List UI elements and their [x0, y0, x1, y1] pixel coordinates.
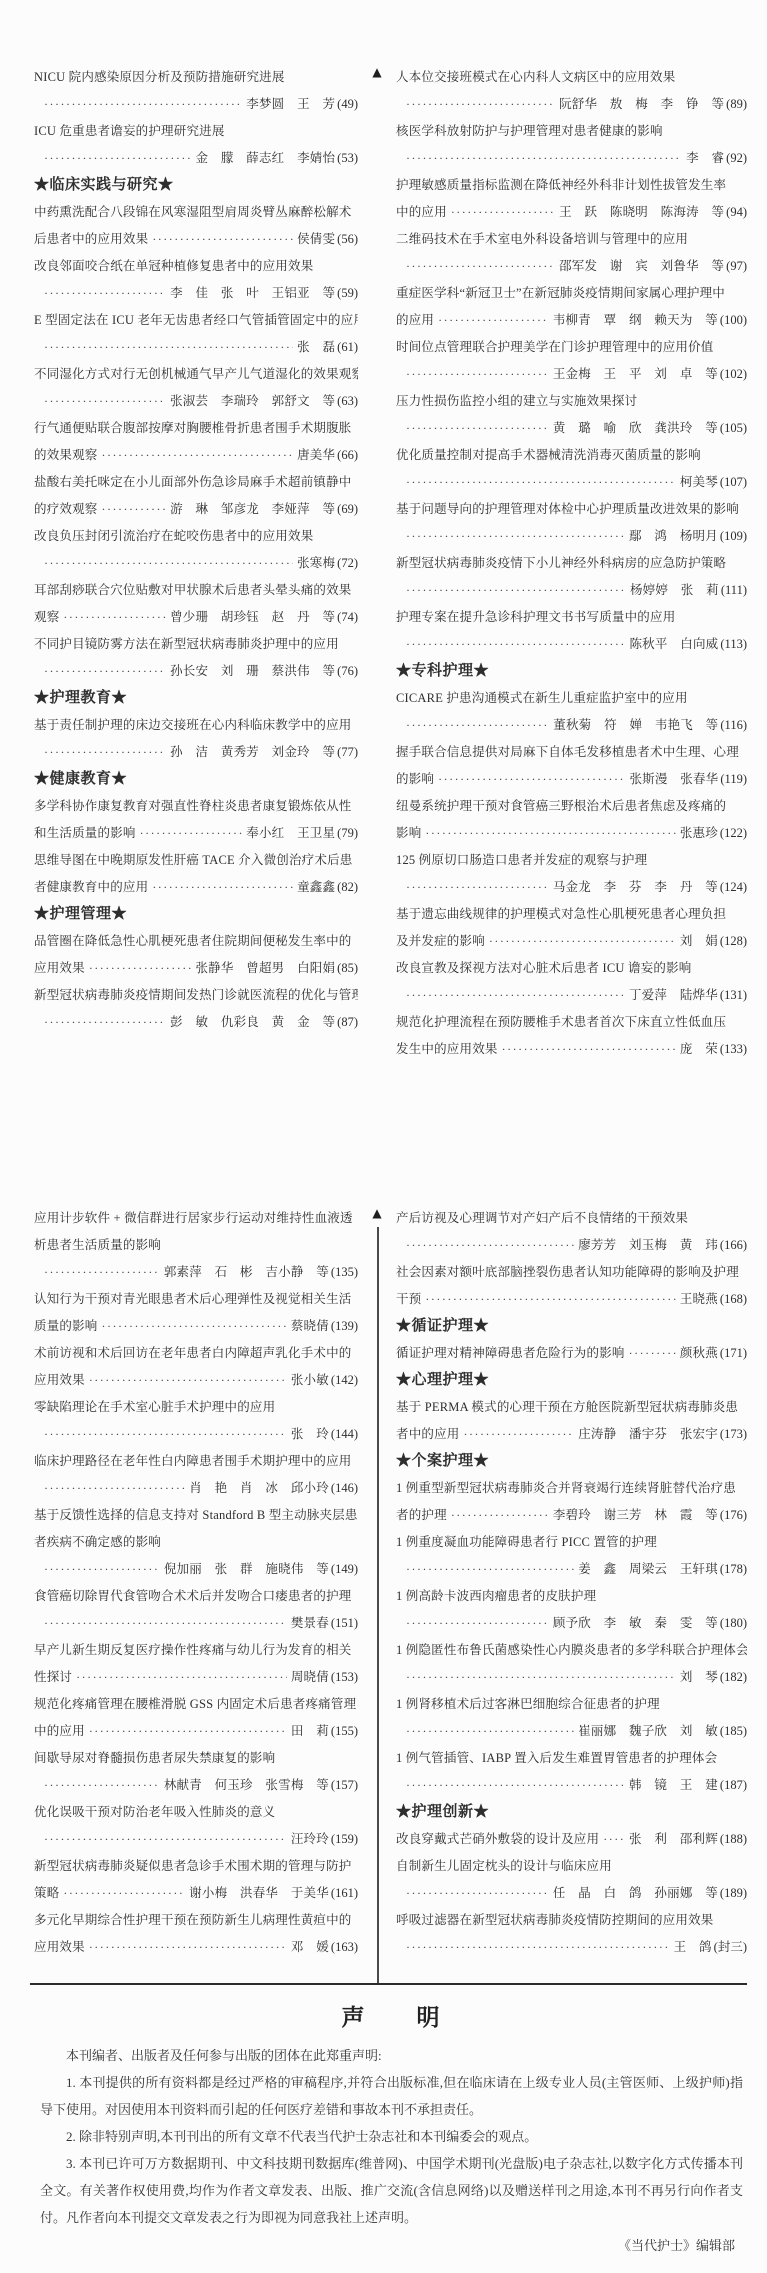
toc-title-line: 新型冠状病毒肺炎疑似患者急诊手术围术期的管理与防护 — [34, 1853, 358, 1880]
triangle-marker-icon: ▲ — [372, 66, 381, 78]
toc-author-line: 者的护理李碧玲 谢三芳 林 霞 等(176) — [396, 1502, 747, 1529]
statement-signature: 《当代护士》编辑部 — [40, 2232, 743, 2259]
toc-authors: 庞 荣 — [680, 1036, 718, 1063]
dot-leader — [89, 1367, 287, 1394]
toc-section-header: ★个案护理★ — [396, 1448, 747, 1475]
toc-authors: 金 朦 薛志红 李婧怡 — [195, 145, 335, 172]
toc-author-line: 应用效果张小敏(142) — [34, 1367, 358, 1394]
dot-leader — [489, 928, 676, 955]
horizontal-rule — [30, 1983, 747, 1985]
toc-authors: 邵军发 谢 宾 刘鲁华 等 — [559, 253, 724, 280]
toc-page-number: (173) — [720, 1421, 747, 1448]
toc-authors: 田 莉 — [291, 1718, 329, 1745]
toc-authors: 张静华 曾超男 白阳娟 — [195, 955, 335, 982]
toc-bottom-left-column: 应用计步软件 + 微信群进行居家步行运动对维持性血液透析患者生活质量的影响郭素萍… — [34, 1205, 358, 1961]
dot-leader — [406, 415, 549, 442]
toc-author-line: 任 晶 白 鸽 孙丽娜 等(189) — [396, 1880, 747, 1907]
toc-author-line: 丁爱萍 陆烨华(131) — [396, 982, 747, 1009]
toc-author-line: 应用效果张静华 曾超男 白阳娟(85) — [34, 955, 358, 982]
dot-leader — [406, 1772, 625, 1799]
toc-page-number: (76) — [337, 658, 358, 685]
toc-author-line: 策略谢小梅 洪春华 于美华(161) — [34, 1880, 358, 1907]
dot-leader — [406, 1934, 670, 1961]
toc-page-number: (109) — [720, 523, 747, 550]
dot-leader — [502, 1036, 676, 1063]
toc-author-line: 姜 鑫 周梁云 王轩琪(178) — [396, 1556, 747, 1583]
toc-page-number: (188) — [720, 1826, 747, 1853]
dot-leader — [464, 1421, 575, 1448]
toc-authors: 黄 璐 喻 欣 龚洪玲 等 — [553, 415, 718, 442]
toc-title-line: 品管圈在降低急性心肌梗死患者住院期间便秘发生率中的 — [34, 928, 358, 955]
toc-title-line: E 型固定法在 ICU 老年无齿患者经口气管插管固定中的应用 — [34, 307, 358, 334]
toc-author-line: 中的应用田 莉(155) — [34, 1718, 358, 1745]
toc-title-line: 改良邻面咬合纸在单冠种植修复患者中的应用效果 — [34, 253, 358, 280]
toc-author-line: 改良穿戴式芒硝外敷袋的设计及应用张 利 邵利辉(188) — [396, 1826, 747, 1853]
toc-title-line: 纽曼系统护理干预对食管癌三野根治术后患者焦虑及疼痛的 — [396, 793, 747, 820]
dot-leader — [44, 1772, 160, 1799]
toc-author-line: 李 睿(92) — [396, 145, 747, 172]
toc-author-line: 张寒梅(72) — [34, 550, 358, 577]
dot-leader — [406, 1880, 549, 1907]
dot-leader — [76, 1664, 287, 1691]
toc-title-fragment: 及并发症的影响 — [396, 928, 485, 955]
toc-authors: 郭素萍 石 彬 吉小静 等 — [164, 1259, 329, 1286]
toc-authors: 李 佳 张 叶 王铝亚 等 — [170, 280, 335, 307]
toc-author-line: 张 玲(144) — [34, 1421, 358, 1448]
toc-title-line: 呼吸过滤器在新型冠状病毒肺炎疫情防控期间的应用效果 — [396, 1907, 747, 1934]
toc-authors: 游 琳 邹彦龙 李娅萍 等 — [170, 496, 335, 523]
toc-authors: 张惠珍 — [680, 820, 718, 847]
dot-leader — [425, 820, 675, 847]
toc-bottom-right-column: 产后访视及心理调节对产妇产后不良情绪的干预效果廖芳芳 刘玉梅 黄 玮(166)社… — [396, 1205, 747, 1961]
toc-title-line: 自制新生儿固定枕头的设计与临床应用 — [396, 1853, 747, 1880]
toc-author-line: 张 磊(61) — [34, 334, 358, 361]
toc-page-number: (180) — [720, 1610, 747, 1637]
toc-page-number: (122) — [720, 820, 747, 847]
toc-authors: 王晓燕 — [680, 1286, 718, 1313]
toc-title-fragment: 的应用 — [396, 307, 434, 334]
toc-title-line: 思维导图在中晚期原发性肝癌 TACE 介入微创治疗术后患 — [34, 847, 358, 874]
toc-title-line: 盐酸右美托咪定在小儿面部外伤急诊局麻手术超前镇静中 — [34, 469, 358, 496]
toc-authors: 奉小红 王卫星 — [246, 820, 335, 847]
toc-page-number: (74) — [337, 604, 358, 631]
toc-title-line: 规范化护理流程在预防腰椎手术患者首次下床直立性低血压 — [396, 1009, 747, 1036]
toc-author-line: 阮舒华 敖 梅 李 铮 等(89) — [396, 91, 747, 118]
dot-leader — [406, 145, 682, 172]
toc-page-number: (107) — [720, 469, 747, 496]
toc-title-line: NICU 院内感染原因分析及预防措施研究进展 — [34, 64, 358, 91]
toc-author-line: 彭 敏 仇彩良 黄 金 等(87) — [34, 1009, 358, 1036]
toc-authors: 孙 洁 黄秀芳 刘金玲 等 — [170, 739, 335, 766]
toc-page-number: (61) — [337, 334, 358, 361]
toc-title-fragment: 和生活质量的影响 — [34, 820, 136, 847]
toc-title-line: 基于责任制护理的床边交接班在心内科临床教学中的应用 — [34, 712, 358, 739]
toc-title-line: 行气通便贴联合腹部按摩对胸腰椎骨折患者围手术期腹胀 — [34, 415, 358, 442]
toc-title-line: 1 例肾移植术后过客淋巴细胞综合征患者的护理 — [396, 1691, 747, 1718]
toc-authors: 侯倩雯 — [297, 226, 335, 253]
toc-title-line: ICU 危重患者谵妄的护理研究进展 — [34, 118, 358, 145]
toc-page-number: (封三) — [714, 1934, 747, 1961]
toc-author-line: 发生中的应用效果庞 荣(133) — [396, 1036, 747, 1063]
toc-title-line: 规范化疼痛管理在腰椎滑脱 GSS 内固定术后患者疼痛管理 — [34, 1691, 358, 1718]
toc-title-line: 优化误吸干预对防治老年吸入性肺炎的意义 — [34, 1799, 358, 1826]
toc-authors: 韦柳青 覃 纲 赖天为 等 — [553, 307, 718, 334]
toc-section-header: ★专科护理★ — [396, 658, 747, 685]
toc-authors: 谢小梅 洪春华 于美华 — [189, 1880, 329, 1907]
dot-leader — [102, 442, 294, 469]
toc-page-number: (119) — [720, 766, 747, 793]
toc-title-line: 早产儿新生期反复医疗操作性疼痛与幼儿行为发育的相关 — [34, 1637, 358, 1664]
toc-page-number: (102) — [720, 361, 747, 388]
toc-authors: 曾少珊 胡珍钰 赵 丹 等 — [170, 604, 335, 631]
statement-title: 声 明 — [40, 1999, 743, 2032]
dot-leader — [406, 91, 555, 118]
dot-leader — [89, 1718, 287, 1745]
toc-title-line: 临床护理路径在老年性白内障患者围手术期护理中的应用 — [34, 1448, 358, 1475]
toc-title-line: 握手联合信息提供对局麻下自体毛发移植患者术中生理、心理 — [396, 739, 747, 766]
toc-authors: 张 玲 — [291, 1421, 329, 1448]
toc-title-line: 1 例重型新型冠状病毒肺炎合并肾衰竭行连续肾脏替代治疗患 — [396, 1475, 747, 1502]
dot-leader — [438, 766, 625, 793]
toc-authors: 廖芳芳 刘玉梅 黄 玮 — [578, 1232, 718, 1259]
toc-author-line: 林献青 何玉珍 张雪梅 等(157) — [34, 1772, 358, 1799]
dot-leader — [44, 1475, 185, 1502]
toc-author-line: 樊景春(151) — [34, 1610, 358, 1637]
toc-title-fragment: 质量的影响 — [34, 1313, 98, 1340]
toc-page-number: (92) — [726, 145, 747, 172]
toc-authors: 蔡晓倩 — [291, 1313, 329, 1340]
toc-page-number: (159) — [331, 1826, 358, 1853]
toc-author-line: 及并发症的影响刘 娟(128) — [396, 928, 747, 955]
toc-title-line: 产后访视及心理调节对产妇产后不良情绪的干预效果 — [396, 1205, 747, 1232]
toc-page-number: (113) — [720, 631, 747, 658]
toc-authors: 张淑芸 李瑞玲 郭舒文 等 — [170, 388, 335, 415]
toc-authors: 张 利 邵利辉 — [629, 1826, 718, 1853]
dot-leader — [44, 1556, 160, 1583]
toc-authors: 邓 媛 — [291, 1934, 329, 1961]
toc-title-line: 新型冠状病毒肺炎疫情下小儿神经外科病房的应急防护策略 — [396, 550, 747, 577]
dot-leader — [406, 361, 549, 388]
toc-author-line: 的疗效观察游 琳 邹彦龙 李娅萍 等(69) — [34, 496, 358, 523]
dot-leader — [102, 1313, 287, 1340]
toc-author-line: 廖芳芳 刘玉梅 黄 玮(166) — [396, 1232, 747, 1259]
toc-page-number: (72) — [337, 550, 358, 577]
dot-leader — [44, 658, 166, 685]
toc-authors: 鄢 鸿 杨明月 — [629, 523, 718, 550]
dot-leader — [451, 199, 555, 226]
toc-page-number: (146) — [331, 1475, 358, 1502]
toc-title-line: 不同护目镜防雾方法在新型冠状病毒肺炎护理中的应用 — [34, 631, 358, 658]
toc-author-line: 王 鸽(封三) — [396, 1934, 747, 1961]
toc-title-line: 时间位点管理联合护理美学在门诊护理管理中的应用价值 — [396, 334, 747, 361]
toc-title-line: 1 例隐匿性布鲁氏菌感染性心内膜炎患者的多学科联合护理体会 — [396, 1637, 747, 1664]
toc-title-line: 社会因素对额叶底部脑挫裂伤患者认知功能障碍的影响及护理 — [396, 1259, 747, 1286]
toc-author-line: 观察曾少珊 胡珍钰 赵 丹 等(74) — [34, 604, 358, 631]
toc-title-fragment: 干预 — [396, 1286, 421, 1313]
dot-leader — [406, 523, 625, 550]
toc-page-number: (157) — [331, 1772, 358, 1799]
toc-title-line: 者疾病不确定感的影响 — [34, 1529, 358, 1556]
toc-section-header: ★健康教育★ — [34, 766, 358, 793]
toc-title-line: 应用计步软件 + 微信群进行居家步行运动对维持性血液透 — [34, 1205, 358, 1232]
toc-page-number: (151) — [331, 1610, 358, 1637]
toc-author-line: 孙 洁 黄秀芳 刘金玲 等(77) — [34, 739, 358, 766]
toc-authors: 庄涛静 潘宇芬 张宏宇 — [578, 1421, 718, 1448]
toc-page-number: (105) — [720, 415, 747, 442]
toc-author-line: 崔丽娜 魏子欣 刘 敏(185) — [396, 1718, 747, 1745]
dot-leader — [44, 1610, 287, 1637]
toc-title-fragment: 的疗效观察 — [34, 496, 98, 523]
triangle-marker-icon: ▲ — [372, 1207, 381, 1219]
toc-page-number: (171) — [720, 1340, 747, 1367]
statement-paragraph: 本刊编者、出版者及任何参与出版的团体在此郑重声明: — [40, 2042, 743, 2069]
statement-paragraph: 1. 本刊提供的所有资料都是经过严格的审稿程序,并符合出版标准,但在临床请在上级… — [40, 2069, 743, 2123]
dot-leader — [425, 1286, 675, 1313]
toc-title-line: 多元化早期综合性护理干预在预防新生儿病理性黄疸中的 — [34, 1907, 358, 1934]
toc-author-line: 李梦圆 王 芳(49) — [34, 91, 358, 118]
dot-leader — [406, 1718, 574, 1745]
toc-title-fragment: 发生中的应用效果 — [396, 1036, 498, 1063]
toc-page-number: (85) — [337, 955, 358, 982]
toc-page-number: (56) — [337, 226, 358, 253]
column-divider-top: ▲ — [358, 64, 396, 1063]
toc-author-line: 肖 艳 肖 冰 邱小玲(146) — [34, 1475, 358, 1502]
toc-title-fragment: 应用效果 — [34, 1934, 85, 1961]
toc-page-number: (53) — [337, 145, 358, 172]
toc-authors: 倪加丽 张 群 施晓伟 等 — [164, 1556, 329, 1583]
toc-page-number: (89) — [726, 91, 747, 118]
toc-authors: 顾予欣 李 敏 秦 雯 等 — [553, 1610, 718, 1637]
toc-title-line: 多学科协作康复教育对强直性脊柱炎患者康复锻炼依从性 — [34, 793, 358, 820]
toc-author-line: 中的应用王 跃 陈晓明 陈海涛 等(94) — [396, 199, 747, 226]
toc-title-line: 基于遗忘曲线规律的护理模式对急性心肌梗死患者心理负担 — [396, 901, 747, 928]
toc-page-number: (79) — [337, 820, 358, 847]
toc-title-line: 125 例原切口肠造口患者并发症的观察与护理 — [396, 847, 747, 874]
toc-author-line: 影响张惠珍(122) — [396, 820, 747, 847]
dot-leader — [406, 1664, 676, 1691]
toc-title-line: 间歇导尿对脊髓损伤患者尿失禁康复的影响 — [34, 1745, 358, 1772]
toc-title-fragment: 性探讨 — [34, 1664, 72, 1691]
toc-title-fragment: 影响 — [396, 820, 421, 847]
toc-page-number: (161) — [331, 1880, 358, 1907]
toc-title-line: 中药熏洗配合八段锦在风寒湿阻型肩周炎臂丛麻醉松解术 — [34, 199, 358, 226]
toc-authors: 林献青 何玉珍 张雪梅 等 — [164, 1772, 329, 1799]
toc-author-line: 马金龙 李 芬 李 丹 等(124) — [396, 874, 747, 901]
toc-title-line: 术前访视和术后回访在老年患者白内障超声乳化手术中的 — [34, 1340, 358, 1367]
toc-title-fragment: 观察 — [34, 604, 59, 631]
dot-leader — [44, 1009, 166, 1036]
toc-title-fragment: 中的应用 — [396, 199, 447, 226]
dot-leader — [44, 91, 242, 118]
toc-authors: 唐美华 — [297, 442, 335, 469]
dot-leader — [44, 280, 166, 307]
toc-section-header: ★心理护理★ — [396, 1367, 747, 1394]
toc-title-line: 护理敏感质量指标监测在降低神经外科非计划性拔管发生率 — [396, 172, 747, 199]
toc-author-line: 刘 琴(182) — [396, 1664, 747, 1691]
toc-authors: 张寒梅 — [297, 550, 335, 577]
column-divider-bottom: ▲ — [358, 1205, 396, 1961]
toc-authors: 李 睿 — [686, 145, 724, 172]
toc-title-line: 1 例气管插管、IABP 置入后发生难置胃管患者的护理体会 — [396, 1745, 747, 1772]
toc-title-line: 优化质量控制对提高手术器械清洗消毒灭菌质量的影响 — [396, 442, 747, 469]
toc-authors: 马金龙 李 芬 李 丹 等 — [553, 874, 718, 901]
toc-author-line: 金 朦 薛志红 李婧怡(53) — [34, 145, 358, 172]
toc-page-number: (178) — [720, 1556, 747, 1583]
toc-title-line: 基于反馈性选择的信息支持对 Standford B 型主动脉夹层患 — [34, 1502, 358, 1529]
dot-leader — [406, 874, 549, 901]
dot-leader — [44, 1421, 287, 1448]
toc-top-section: NICU 院内感染原因分析及预防措施研究进展李梦圆 王 芳(49)ICU 危重患… — [0, 64, 767, 1063]
toc-title-fragment: 应用效果 — [34, 1367, 85, 1394]
toc-author-line: 的效果观察唐美华(66) — [34, 442, 358, 469]
toc-page-number: (116) — [720, 712, 747, 739]
dot-leader — [406, 1610, 549, 1637]
toc-authors: 姜 鑫 周梁云 王轩琪 — [578, 1556, 718, 1583]
dot-leader — [406, 253, 555, 280]
toc-author-line: 倪加丽 张 群 施晓伟 等(149) — [34, 1556, 358, 1583]
toc-author-line: 汪玲玲(159) — [34, 1826, 358, 1853]
toc-author-line: 者健康教育中的应用童鑫鑫(82) — [34, 874, 358, 901]
toc-page-number: (185) — [720, 1718, 747, 1745]
dot-leader — [44, 334, 293, 361]
toc-page-number: (49) — [337, 91, 358, 118]
toc-title-line: 基于问题导向的护理管理对体检中心护理质量改进效果的影响 — [396, 496, 747, 523]
toc-authors: 汪玲玲 — [291, 1826, 329, 1853]
toc-title-fragment: 循证护理对精神障碍患者危险行为的影响 — [396, 1340, 625, 1367]
toc-page-number: (111) — [721, 577, 747, 604]
toc-author-line: 孙长安 刘 珊 蔡洪伟 等(76) — [34, 658, 358, 685]
toc-title-line: 重症医学科“新冠卫士”在新冠肺炎疫情期间家属心理护理中 — [396, 280, 747, 307]
statement-paragraphs: 本刊编者、出版者及任何参与出版的团体在此郑重声明:1. 本刊提供的所有资料都是经… — [40, 2042, 743, 2231]
toc-authors: 陈秋平 白向威 — [629, 631, 718, 658]
dot-leader — [140, 820, 243, 847]
toc-authors: 张 磊 — [297, 334, 335, 361]
toc-author-line: 张淑芸 李瑞玲 郭舒文 等(63) — [34, 388, 358, 415]
dot-leader — [44, 550, 293, 577]
toc-title-line: 二维码技术在手术室电外科设备培训与管理中的应用 — [396, 226, 747, 253]
dot-leader — [406, 577, 626, 604]
toc-page-number: (87) — [337, 1009, 358, 1036]
toc-author-line: 和生活质量的影响奉小红 王卫星(79) — [34, 820, 358, 847]
toc-page-number: (163) — [331, 1934, 358, 1961]
toc-title-line: 1 例重度凝血功能障碍患者行 PICC 置管的护理 — [396, 1529, 747, 1556]
toc-authors: 杨婷婷 张 莉 — [630, 577, 719, 604]
dot-leader — [406, 712, 549, 739]
toc-author-line: 李 佳 张 叶 王铝亚 等(59) — [34, 280, 358, 307]
toc-authors: 王金梅 王 平 刘 卓 等 — [553, 361, 718, 388]
toc-author-line: 柯美琴(107) — [396, 469, 747, 496]
toc-page-number: (124) — [720, 874, 747, 901]
toc-title-line: 耳部刮痧联合穴位贴敷对甲状腺术后患者头晕头痛的效果 — [34, 577, 358, 604]
toc-authors: 张小敏 — [291, 1367, 329, 1394]
toc-page-number: (187) — [720, 1772, 747, 1799]
toc-author-line: 应用效果邓 媛(163) — [34, 1934, 358, 1961]
toc-author-line: 的应用韦柳青 覃 纲 赖天为 等(100) — [396, 307, 747, 334]
dot-leader — [629, 1340, 676, 1367]
dot-leader — [44, 388, 166, 415]
statement-paragraph: 2. 除非特别声明,本刊刊出的所有文章不代表当代护士杂志社和本刊编委会的观点。 — [40, 2123, 743, 2150]
toc-author-line: 性探讨周晓倩(153) — [34, 1664, 358, 1691]
toc-authors: 童鑫鑫 — [297, 874, 335, 901]
toc-page-number: (69) — [337, 496, 358, 523]
dot-leader — [102, 496, 167, 523]
toc-top-right-column: 人本位交接班模式在心内科人文病区中的应用效果阮舒华 敖 梅 李 铮 等(89)核… — [396, 64, 747, 1063]
statement-paragraph: 3. 本刊已许可万方数据期刊、中文科技期刊数据库(维普网)、中国学术期刊(光盘版… — [40, 2150, 743, 2231]
toc-title-line: 1 例高龄卡波西肉瘤患者的皮肤护理 — [396, 1583, 747, 1610]
toc-title-fragment: 者的护理 — [396, 1502, 447, 1529]
toc-title-line: 新型冠状病毒肺炎疫情期间发热门诊就医流程的优化与管理 — [34, 982, 358, 1009]
toc-author-line: 郭素萍 石 彬 吉小静 等(135) — [34, 1259, 358, 1286]
dot-leader — [89, 1934, 287, 1961]
toc-page-number: (100) — [720, 307, 747, 334]
toc-title-line: 不同湿化方式对行无创机械通气早产儿气道湿化的效果观察 — [34, 361, 358, 388]
toc-author-line: 陈秋平 白向威(113) — [396, 631, 747, 658]
toc-title-line: 改良负压封闭引流治疗在蛇咬伤患者中的应用效果 — [34, 523, 358, 550]
toc-authors: 张斯漫 张春华 — [629, 766, 718, 793]
toc-title-fragment: 应用效果 — [34, 955, 85, 982]
dot-leader — [406, 1556, 574, 1583]
toc-page-number: (166) — [720, 1232, 747, 1259]
toc-authors: 刘 娟 — [680, 928, 718, 955]
toc-author-line: 质量的影响蔡晓倩(139) — [34, 1313, 358, 1340]
toc-section-header: ★循证护理★ — [396, 1313, 747, 1340]
toc-authors: 阮舒华 敖 梅 李 铮 等 — [559, 91, 724, 118]
toc-author-line: 者中的应用庄涛静 潘宇芬 张宏宇(173) — [396, 1421, 747, 1448]
toc-title-line: 食管癌切除胃代食管吻合术术后并发吻合口瘘患者的护理 — [34, 1583, 358, 1610]
toc-authors: 董秋菊 符 婵 韦艳飞 等 — [553, 712, 718, 739]
journal-toc-page: NICU 院内感染原因分析及预防措施研究进展李梦圆 王 芳(49)ICU 危重患… — [0, 0, 767, 2273]
toc-title-fragment: 策略 — [34, 1880, 59, 1907]
toc-authors: 王 跃 陈晓明 陈海涛 等 — [559, 199, 724, 226]
toc-page-number: (135) — [331, 1259, 358, 1286]
toc-title-line: 护理专案在提升急诊科护理文书书写质量中的应用 — [396, 604, 747, 631]
toc-author-line: 黄 璐 喻 欣 龚洪玲 等(105) — [396, 415, 747, 442]
toc-page-number: (128) — [720, 928, 747, 955]
dot-leader — [406, 1232, 574, 1259]
toc-author-line: 后患者中的应用效果侯倩雯(56) — [34, 226, 358, 253]
dot-leader — [406, 631, 625, 658]
toc-authors: 李碧玲 谢三芳 林 霞 等 — [553, 1502, 718, 1529]
dot-leader — [438, 307, 549, 334]
toc-title-line: 认知行为干预对青光眼患者术后心理弹性及视觉相关生活 — [34, 1286, 358, 1313]
toc-page-number: (82) — [337, 874, 358, 901]
toc-page-number: (144) — [331, 1421, 358, 1448]
toc-title-fragment: 的效果观察 — [34, 442, 98, 469]
toc-title-fragment: 改良穿戴式芒硝外敷袋的设计及应用 — [396, 1826, 599, 1853]
toc-page-number: (155) — [331, 1718, 358, 1745]
toc-title-line: 析患者生活质量的影响 — [34, 1232, 358, 1259]
toc-author-line: 韩 镜 王 建(187) — [396, 1772, 747, 1799]
toc-page-number: (142) — [331, 1367, 358, 1394]
toc-title-fragment: 后患者中的应用效果 — [34, 226, 148, 253]
toc-section-header: ★护理创新★ — [396, 1799, 747, 1826]
dot-leader — [152, 226, 293, 253]
toc-title-fragment: 中的应用 — [34, 1718, 85, 1745]
toc-authors: 任 晶 白 鸽 孙丽娜 等 — [553, 1880, 718, 1907]
toc-page-number: (131) — [720, 982, 747, 1009]
vertical-divider-line — [377, 1227, 379, 1983]
toc-title-line: 人本位交接班模式在心内科人文病区中的应用效果 — [396, 64, 747, 91]
toc-page-number: (59) — [337, 280, 358, 307]
dot-leader — [603, 1826, 625, 1853]
statement-section: 声 明 本刊编者、出版者及任何参与出版的团体在此郑重声明:1. 本刊提供的所有资… — [0, 1999, 767, 2259]
toc-author-line: 顾予欣 李 敏 秦 雯 等(180) — [396, 1610, 747, 1637]
toc-page-number: (139) — [331, 1313, 358, 1340]
toc-authors: 颜秋燕 — [680, 1340, 718, 1367]
toc-page-number: (94) — [726, 199, 747, 226]
toc-authors: 韩 镜 王 建 — [629, 1772, 718, 1799]
toc-author-line: 杨婷婷 张 莉(111) — [396, 577, 747, 604]
